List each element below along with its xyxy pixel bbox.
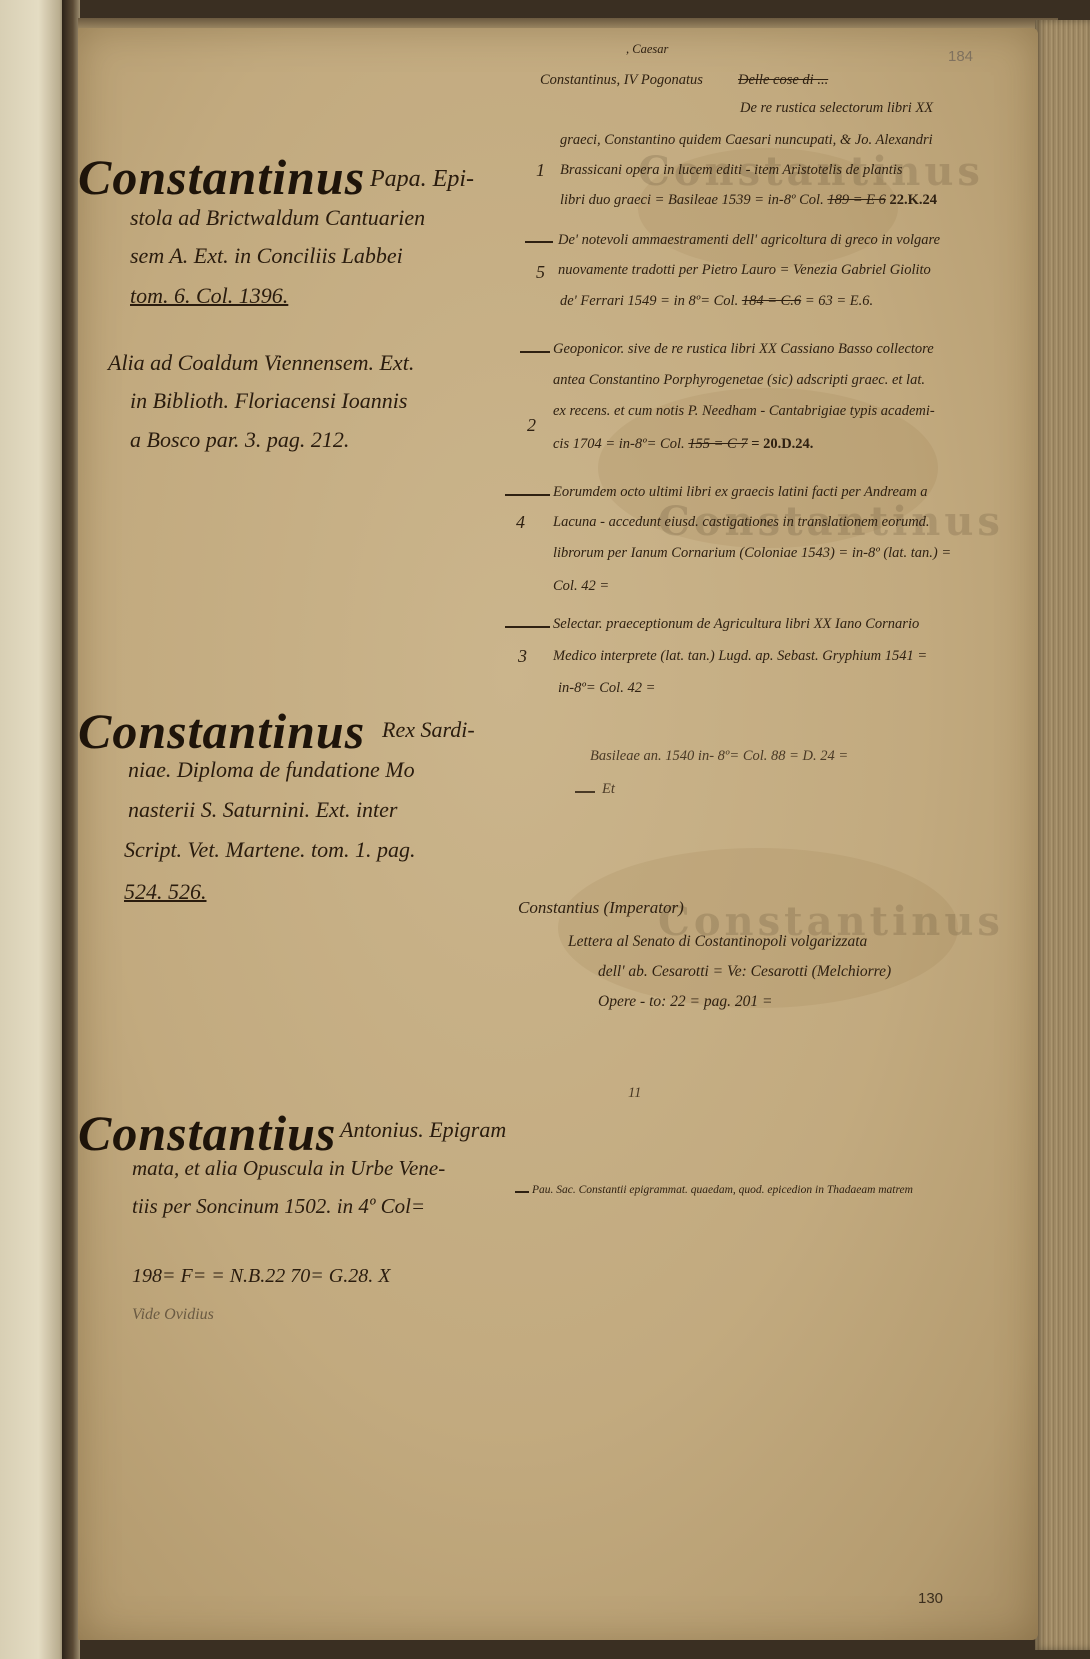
entry-line: 524. 526.: [124, 874, 207, 909]
sub-entry-line: a Bosco par. 3. pag. 212.: [130, 422, 349, 457]
note-line: cis 1704 = in-8º= Col. 155 = C 7 = 20.D.…: [553, 436, 813, 453]
entry-line: stola ad Brictwaldum Cantuarien: [130, 200, 425, 235]
shelfmark: = 63 = E.6.: [805, 293, 873, 309]
note-line: libri duo graeci = Basileae 1539 = in-8º…: [560, 192, 937, 209]
sub-entry-line: Alia ad Coaldum Viennensem. Ext.: [108, 345, 414, 380]
constantius-antonius-note: Pau. Sac. Constantii epigrammat. quaedam…: [532, 1184, 913, 1196]
margin-number: 5: [536, 262, 545, 283]
struck-text: 155 = C 7: [688, 436, 747, 452]
dash: [520, 351, 550, 353]
note-line: Opere - to: 22 = pag. 201 =: [598, 993, 772, 1011]
headword: Constantinus: [78, 152, 365, 202]
note-text: libri duo graeci = Basileae 1539 = in-8º…: [560, 192, 824, 208]
note-line: de' Ferrari 1549 = in 8º= Col. 184 = C.6…: [560, 293, 873, 310]
shelfmark: 22.K.24: [889, 192, 937, 208]
note-heading: Constantius (Imperator): [518, 898, 684, 918]
margin-number: 2: [527, 415, 536, 436]
note-line: in-8º= Col. 42 =: [558, 680, 655, 697]
dash: [515, 1191, 529, 1193]
cross-reference: Vide Ovidius: [132, 1302, 214, 1328]
entry-line: Rex Sardi-: [382, 712, 475, 747]
margin-number: 4: [516, 512, 525, 533]
note-line: Lettera al Senato di Costantinopoli volg…: [568, 933, 867, 951]
center-mark: 11: [628, 1085, 641, 1102]
entry-line: nasterii S. Saturnini. Ext. inter: [128, 792, 398, 827]
entry-line: sem A. Ext. in Conciliis Labbei: [130, 238, 403, 273]
entry-line: Papa. Epi-: [370, 160, 474, 198]
note-line: nuovamente tradotti per Pietro Lauro = V…: [558, 262, 931, 279]
entry-line: niae. Diploma de fundatione Mo: [128, 752, 415, 787]
struck-text: Delle cose di ...: [738, 72, 828, 89]
note-line: Eorumdem octo ultimi libri ex graecis la…: [553, 484, 928, 501]
folio-number-bottom: 130: [918, 1590, 943, 1607]
note-line: Col. 42 =: [553, 578, 609, 595]
entry-line: 198= F= = N.B.22 70= G.28. X: [132, 1260, 390, 1292]
note-text: cis 1704 = in-8º= Col.: [553, 436, 685, 452]
note-line: dell' ab. Cesarotti = Ve: Cesarotti (Mel…: [598, 963, 891, 981]
note-text: de' Ferrari 1549 = in 8º= Col.: [560, 293, 738, 309]
note-line: De re rustica selectorum libri XX: [740, 100, 933, 117]
dash: [575, 791, 595, 793]
entry-line: tiis per Soncinum 1502. in 4º Col=: [132, 1190, 425, 1224]
note-line: Geoponicor. sive de re rustica libri XX …: [553, 341, 934, 358]
note-line: Brassicani opera in lucem editi - item A…: [560, 162, 902, 179]
caesar-insert: , Caesar: [626, 42, 668, 57]
dash: [525, 241, 553, 243]
note-line: Selectar. praeceptionum de Agricultura l…: [553, 616, 919, 633]
note-line: Lacuna - accedunt eiusd. castigationes i…: [553, 514, 930, 531]
note-line: antea Constantino Porphyrogenetae (sic) …: [553, 372, 925, 389]
margin-number: 1: [536, 160, 545, 181]
folio-number-top: 184: [948, 48, 973, 65]
note-line: ex recens. et cum notis P. Needham - Can…: [553, 403, 935, 420]
entry-line: tom. 6. Col. 1396.: [130, 278, 288, 313]
note-line: graeci, Constantino quidem Caesari nuncu…: [560, 132, 933, 149]
entry-line: Antonius. Epigram: [340, 1112, 506, 1147]
struck-text: 189 = E 6: [827, 192, 886, 208]
dash: [505, 494, 550, 496]
note-line: De' notevoli ammaestramenti dell' agrico…: [558, 232, 940, 249]
basileae-note: Basileae an. 1540 in- 8º= Col. 88 = D. 2…: [590, 748, 848, 765]
struck-text: 184 = C.6: [742, 293, 801, 309]
shelfmark: = 20.D.24.: [751, 436, 813, 452]
headword: Constantius: [78, 1108, 336, 1158]
facing-page-edge: [0, 0, 70, 1659]
sub-entry-line: in Biblioth. Floriacensi Ioannis: [130, 383, 407, 418]
entry-line: mata, et alia Opuscula in Urbe Vene-: [132, 1152, 445, 1186]
note-line: Medico interprete (lat. tan.) Lugd. ap. …: [553, 648, 927, 665]
entry-line: Script. Vet. Martene. tom. 1. pag.: [124, 832, 415, 867]
headword: Constantinus: [78, 706, 365, 756]
page-fore-edge: [1035, 20, 1090, 1650]
note-line: librorum per Ianum Cornarium (Coloniae 1…: [553, 545, 951, 562]
dash: [505, 626, 550, 628]
note-heading: Constantinus, IV Pogonatus: [540, 72, 703, 89]
et-note: Et: [602, 781, 615, 798]
margin-number: 3: [518, 646, 527, 667]
